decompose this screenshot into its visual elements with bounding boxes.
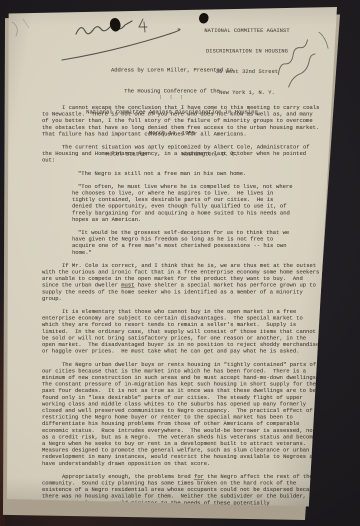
paragraph-text: "It would be the grossest self-deception… (72, 230, 293, 256)
photo-background: NATIONAL COMMITTEE AGAINST DISCRIMINATIO… (0, 0, 360, 526)
body-paragraph: I cannot escape the conclusion that I ha… (42, 105, 320, 138)
paragraph-text: Appropriately enough, the problems bred (62, 474, 194, 480)
underlined-word: for (194, 474, 204, 480)
section-separator: : : : (6, 95, 338, 101)
paragraph-text: I cannot escape the conclusion that I ha… (42, 105, 326, 137)
paragraph-text: The current situation was aptly epitomiz… (42, 145, 313, 164)
document-page: NATIONAL COMMITTEE AGAINST DISCRIMINATIO… (6, 6, 338, 508)
body-paragraph: The Negro urban dweller buys or rents ho… (42, 362, 320, 468)
letterhead-org-line1: NATIONAL COMMITTEE AGAINST (154, 28, 340, 35)
body-paragraph: If Mr. Cole is correct, and I think that… (42, 263, 320, 303)
paragraph-text: "The Negro is still not a free man in hi… (78, 171, 246, 177)
quoted-paragraph: "It would be the grossest self-deception… (72, 230, 294, 256)
underlined-word: must (121, 283, 134, 289)
paragraph-text: It is elementary that those who cannot b… (42, 309, 323, 355)
body-paragraph: The current situation was aptly epitomiz… (42, 145, 320, 165)
pencil-mark-corner (6, 13, 46, 43)
title-line1: Address by Loren Miller, Presented to (6, 67, 338, 74)
paragraph-text: The Negro urban dweller buys or rents ho… (42, 362, 326, 467)
paragraph-text: "Too often, he must live where he is com… (72, 184, 296, 223)
document-body: I cannot escape the conclusion that I ha… (42, 105, 320, 513)
body-paragraph: It is elementary that those who cannot b… (42, 309, 320, 355)
quoted-paragraph: "The Negro is still not a free man in hi… (72, 171, 294, 178)
quoted-paragraph: "Too often, he must live where he is com… (72, 184, 294, 224)
